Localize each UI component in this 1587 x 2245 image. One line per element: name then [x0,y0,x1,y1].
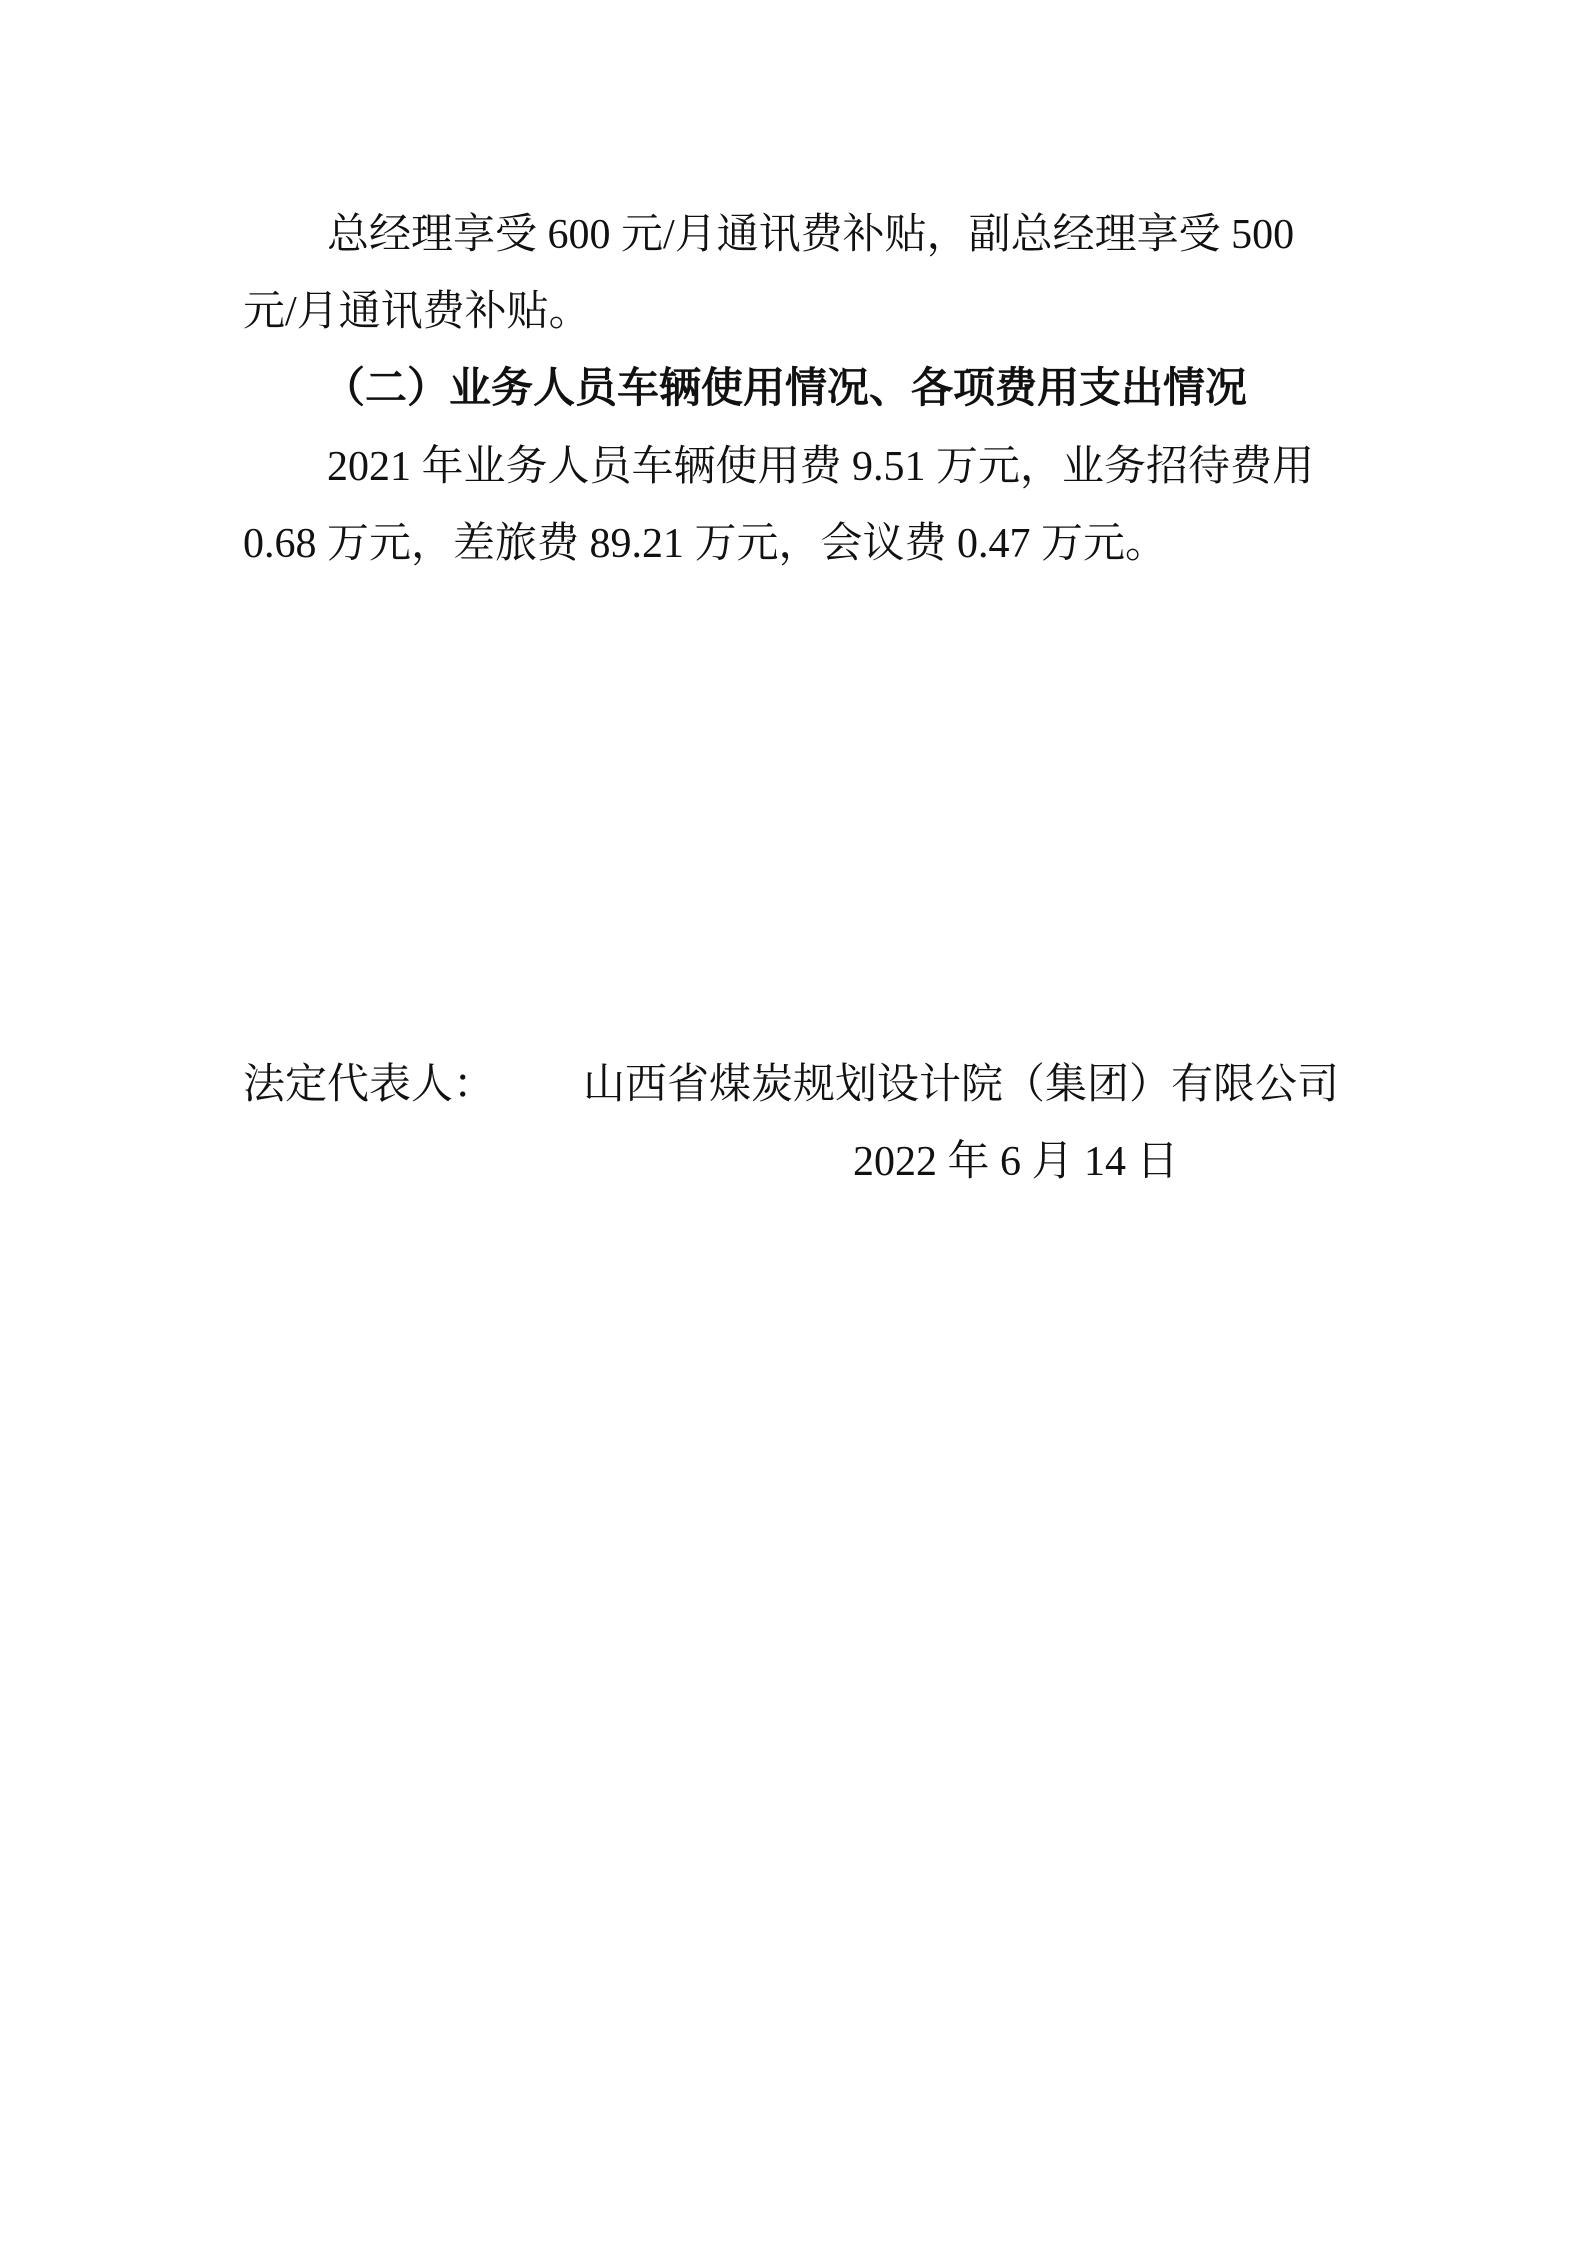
paragraph-expenses-line-2: 0.68 万元，差旅费 89.21 万元，会议费 0.47 万元。 [243,506,1347,583]
paragraph-expenses-line-1: 2021 年业务人员车辆使用费 9.51 万元，业务招待费用 [243,429,1347,506]
paragraph-subsidy-line-1: 总经理享受 600 元/月通讯费补贴，副总经理享受 500 [243,197,1347,274]
legal-representative-label: 法定代表人： [243,1047,495,1124]
signature-row: 法定代表人： 山西省煤炭规划设计院（集团）有限公司 [243,1047,1347,1124]
document-page: 总经理享受 600 元/月通讯费补贴，副总经理享受 500 元/月通讯费补贴。 … [0,0,1587,2245]
section-heading: （二）业务人员车辆使用情况、各项费用支出情况 [243,351,1347,428]
signature-date: 2022 年 6 月 14 日 [853,1124,1353,1201]
paragraph-subsidy-line-2: 元/月通讯费补贴。 [243,274,1347,351]
company-name: 山西省煤炭规划设计院（集团）有限公司 [583,1047,1339,1124]
